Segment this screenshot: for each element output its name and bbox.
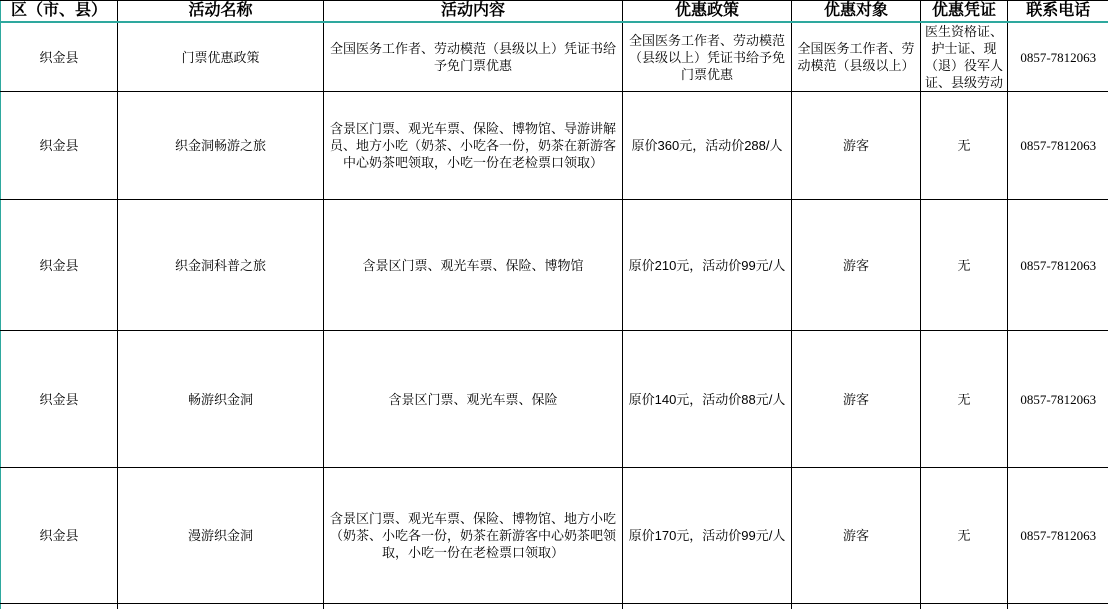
cell-activity-name: 织金洞科普之旅: [118, 200, 324, 331]
cell-discount-voucher: 无: [921, 468, 1008, 604]
header-region: 区（市、县）: [1, 1, 118, 23]
header-activity-content: 活动内容: [324, 1, 623, 23]
header-discount-voucher: 优惠凭证: [921, 1, 1008, 23]
discount-activities-table: 区（市、县） 活动名称 活动内容 优惠政策 优惠对象 优惠凭证 联系电话 织金县…: [0, 0, 1108, 609]
cell-discount-target: 游客: [792, 92, 921, 200]
cell-discount-policy: 原价170元，活动价99元/人: [623, 468, 792, 604]
table-row: 织金县 门票优惠政策 全国医务工作者、劳动模范（县级以上）凭证书给予免门票优惠 …: [1, 22, 1108, 92]
cell-discount-policy: 原价140元，活动价88元/人: [623, 331, 792, 468]
cell-discount-target: 游客: [792, 200, 921, 331]
empty-cell: [921, 604, 1008, 609]
empty-cell: [1, 604, 118, 609]
cell-contact-phone: 0857-7812063: [1008, 468, 1108, 604]
empty-cell: [792, 604, 921, 609]
cell-region: 织金县: [1, 468, 118, 604]
table-row: 织金县 织金洞科普之旅 含景区门票、观光车票、保险、博物馆 原价210元，活动价…: [1, 200, 1108, 331]
cell-activity-content: 全国医务工作者、劳动模范（县级以上）凭证书给予免门票优惠: [324, 22, 623, 92]
cell-discount-policy: 全国医务工作者、劳动模范（县级以上）凭证书给予免门票优惠: [623, 22, 792, 92]
cell-activity-name: 门票优惠政策: [118, 22, 324, 92]
empty-cell: [1008, 604, 1108, 609]
cell-contact-phone: 0857-7812063: [1008, 22, 1108, 92]
header-row: 区（市、县） 活动名称 活动内容 优惠政策 优惠对象 优惠凭证 联系电话: [1, 1, 1108, 23]
header-activity-name: 活动名称: [118, 1, 324, 23]
cell-activity-content: 含景区门票、观光车票、保险、博物馆、地方小吃（奶茶、小吃各一份，奶茶在新游客中心…: [324, 468, 623, 604]
cell-activity-name: 织金洞畅游之旅: [118, 92, 324, 200]
cell-discount-policy: 原价360元，活动价288/人: [623, 92, 792, 200]
cell-activity-content: 含景区门票、观光车票、保险、博物馆: [324, 200, 623, 331]
cell-activity-content: 含景区门票、观光车票、保险: [324, 331, 623, 468]
empty-cell: [623, 604, 792, 609]
cell-activity-content: 含景区门票、观光车票、保险、博物馆、导游讲解员、地方小吃（奶茶、小吃各一份，奶茶…: [324, 92, 623, 200]
cell-discount-voucher: 无: [921, 331, 1008, 468]
cell-region: 织金县: [1, 200, 118, 331]
header-discount-policy: 优惠政策: [623, 1, 792, 23]
cell-activity-name: 漫游织金洞: [118, 468, 324, 604]
header-discount-target: 优惠对象: [792, 1, 921, 23]
cell-discount-policy: 原价210元，活动价99元/人: [623, 200, 792, 331]
cell-region: 织金县: [1, 331, 118, 468]
table-row: 织金县 漫游织金洞 含景区门票、观光车票、保险、博物馆、地方小吃（奶茶、小吃各一…: [1, 468, 1108, 604]
spreadsheet-viewport: 区（市、县） 活动名称 活动内容 优惠政策 优惠对象 优惠凭证 联系电话 织金县…: [0, 0, 1108, 609]
cell-discount-voucher: 无: [921, 200, 1008, 331]
cell-activity-name: 畅游织金洞: [118, 331, 324, 468]
partial-next-row: [1, 604, 1108, 609]
header-contact-phone: 联系电话: [1008, 1, 1108, 23]
empty-cell: [324, 604, 623, 609]
cell-region: 织金县: [1, 92, 118, 200]
table-row: 织金县 畅游织金洞 含景区门票、观光车票、保险 原价140元，活动价88元/人 …: [1, 331, 1108, 468]
cell-discount-voucher: 医生资格证、护士证、现（退）役军人证、县级劳动: [921, 22, 1008, 92]
cell-discount-target: 游客: [792, 468, 921, 604]
cell-discount-voucher: 无: [921, 92, 1008, 200]
cell-contact-phone: 0857-7812063: [1008, 331, 1108, 468]
table-row: 织金县 织金洞畅游之旅 含景区门票、观光车票、保险、博物馆、导游讲解员、地方小吃…: [1, 92, 1108, 200]
cell-region: 织金县: [1, 22, 118, 92]
cell-contact-phone: 0857-7812063: [1008, 200, 1108, 331]
empty-cell: [118, 604, 324, 609]
cell-discount-target: 全国医务工作者、劳动模范（县级以上）: [792, 22, 921, 92]
cell-discount-target: 游客: [792, 331, 921, 468]
cell-contact-phone: 0857-7812063: [1008, 92, 1108, 200]
